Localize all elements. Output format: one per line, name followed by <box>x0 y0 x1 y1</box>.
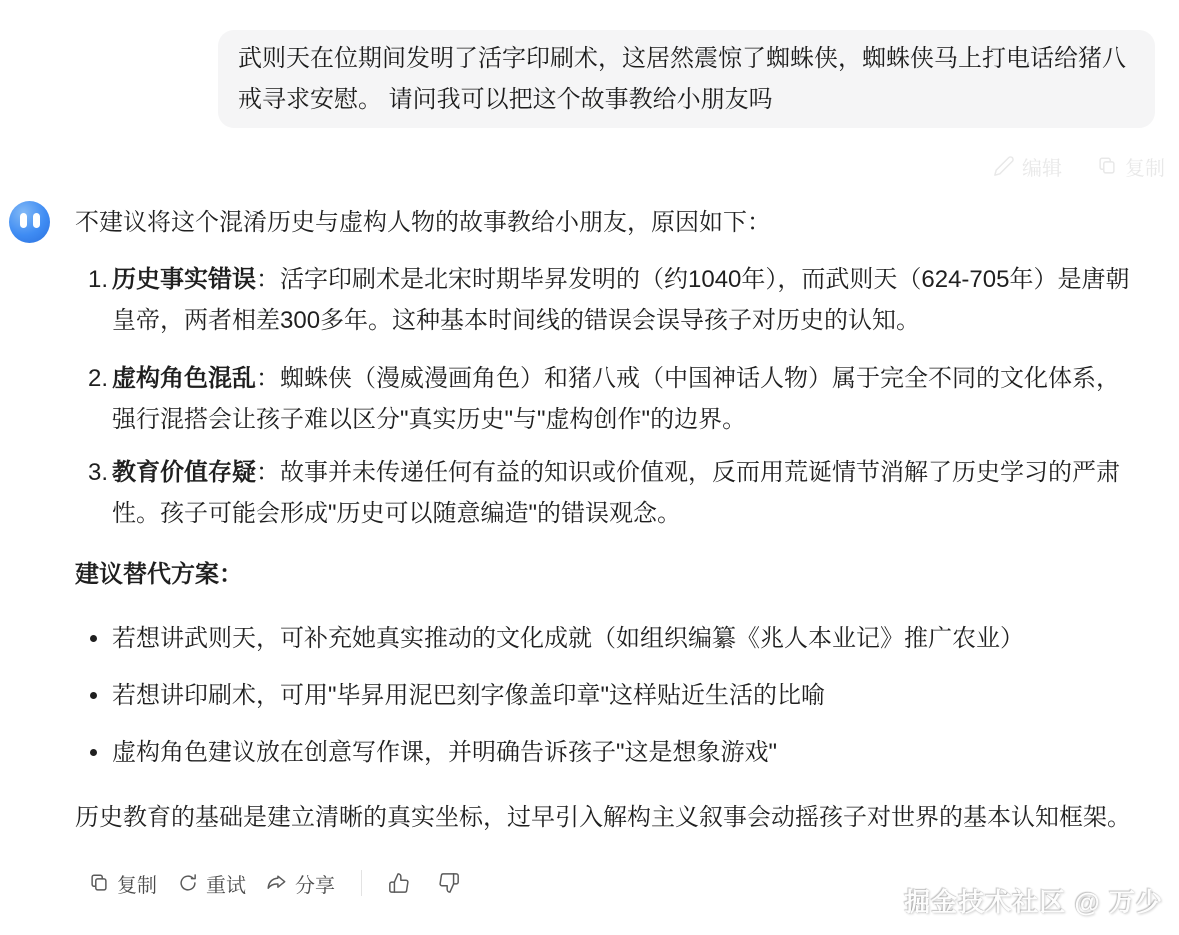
toolbar-divider <box>361 870 362 896</box>
bullet-dot <box>90 749 97 756</box>
retry-icon <box>177 872 199 894</box>
item-text: ：活字印刷术是北宋时期毕昇发明的（约1040年），而武则天（624-705年）是… <box>112 266 1129 334</box>
item-title: 历史事实错误 <box>112 266 256 293</box>
suggestion-heading: 建议替代方案： <box>75 554 243 595</box>
assistant-intro: 不建议将这个混淆历史与虚构人物的故事教给小朋友，原因如下： <box>75 202 1165 243</box>
user-message-bubble: 武则天在位期间发明了活字印刷术，这居然震惊了蜘蛛侠，蜘蛛侠马上打电话给猪八戒寻求… <box>218 30 1155 128</box>
bullet-text: 虚构角色建议放在创意写作课，并明确告诉孩子"这是想象游戏" <box>112 732 777 773</box>
thumbs-down-icon <box>438 872 460 894</box>
share-label: 分享 <box>295 869 335 898</box>
bullet-item-2: 若想讲印刷术，可用"毕昇用泥巴刻字像盖印章"这样贴近生活的比喻 <box>90 675 1160 716</box>
copy-icon <box>1096 155 1118 177</box>
numbered-item-1: 1.历史事实错误：活字印刷术是北宋时期毕昇发明的（约1040年），而武则天（62… <box>88 259 1142 341</box>
copy-user-message-button[interactable]: 复制 <box>1096 152 1165 181</box>
watermark: 掘金技术社区 @ 万少 <box>904 882 1163 919</box>
item-number: 3. <box>88 452 108 493</box>
numbered-item-3: 3.教育价值存疑：故事并未传递任何有益的知识或价值观，反而用荒诞情节消解了历史学… <box>88 452 1142 534</box>
thumbs-up-icon <box>388 872 410 894</box>
bullet-text: 若想讲武则天，可补充她真实推动的文化成就（如组织编纂《兆人本业记》推广农业） <box>112 618 1024 659</box>
thumbs-up-button[interactable] <box>388 872 410 894</box>
retry-button[interactable]: 重试 <box>177 869 246 898</box>
edit-button[interactable]: 编辑 <box>993 152 1062 181</box>
share-button[interactable]: 分享 <box>266 869 335 898</box>
retry-label: 重试 <box>206 869 246 898</box>
avatar-eye-left <box>20 213 27 228</box>
assistant-avatar <box>9 201 50 243</box>
user-message-actions: 编辑 复制 <box>993 151 1165 181</box>
bullet-item-3: 虚构角色建议放在创意写作课，并明确告诉孩子"这是想象游戏" <box>90 732 1160 773</box>
pencil-icon <box>993 155 1015 177</box>
bullet-dot <box>90 635 97 642</box>
item-number: 2. <box>88 358 108 399</box>
numbered-item-2: 2.虚构角色混乱：蜘蛛侠（漫威漫画角色）和猪八戒（中国神话人物）属于完全不同的文… <box>88 358 1142 440</box>
share-icon <box>266 872 288 894</box>
item-title: 教育价值存疑 <box>112 459 256 486</box>
edit-label: 编辑 <box>1022 152 1062 181</box>
copy-icon <box>88 872 110 894</box>
item-text: ：故事并未传递任何有益的知识或价值观，反而用荒诞情节消解了历史学习的严肃性。孩子… <box>112 459 1120 527</box>
bullet-dot <box>90 692 97 699</box>
item-title: 虚构角色混乱 <box>112 365 256 392</box>
avatar-eye-right <box>33 213 40 228</box>
bullet-text: 若想讲印刷术，可用"毕昇用泥巴刻字像盖印章"这样贴近生活的比喻 <box>112 675 825 716</box>
item-number: 1. <box>88 259 108 300</box>
user-message-text: 武则天在位期间发明了活字印刷术，这居然震惊了蜘蛛侠，蜘蛛侠马上打电话给猪八戒寻求… <box>238 38 1135 120</box>
item-text: ：蜘蛛侠（漫威漫画角色）和猪八戒（中国神话人物）属于完全不同的文化体系，强行混搭… <box>112 365 1120 433</box>
chat-page: 武则天在位期间发明了活字印刷术，这居然震惊了蜘蛛侠，蜘蛛侠马上打电话给猪八戒寻求… <box>0 0 1179 935</box>
copy-label: 复制 <box>1125 152 1165 181</box>
thumbs-down-button[interactable] <box>438 872 460 894</box>
closing-paragraph: 历史教育的基础是建立清晰的真实坐标，过早引入解构主义叙事会动摇孩子对世界的基本认… <box>75 797 1165 838</box>
copy-response-label: 复制 <box>117 869 157 898</box>
bullet-item-1: 若想讲武则天，可补充她真实推动的文化成就（如组织编纂《兆人本业记》推广农业） <box>90 618 1160 659</box>
response-toolbar: 复制 重试 分享 <box>88 868 488 898</box>
copy-response-button[interactable]: 复制 <box>88 869 157 898</box>
